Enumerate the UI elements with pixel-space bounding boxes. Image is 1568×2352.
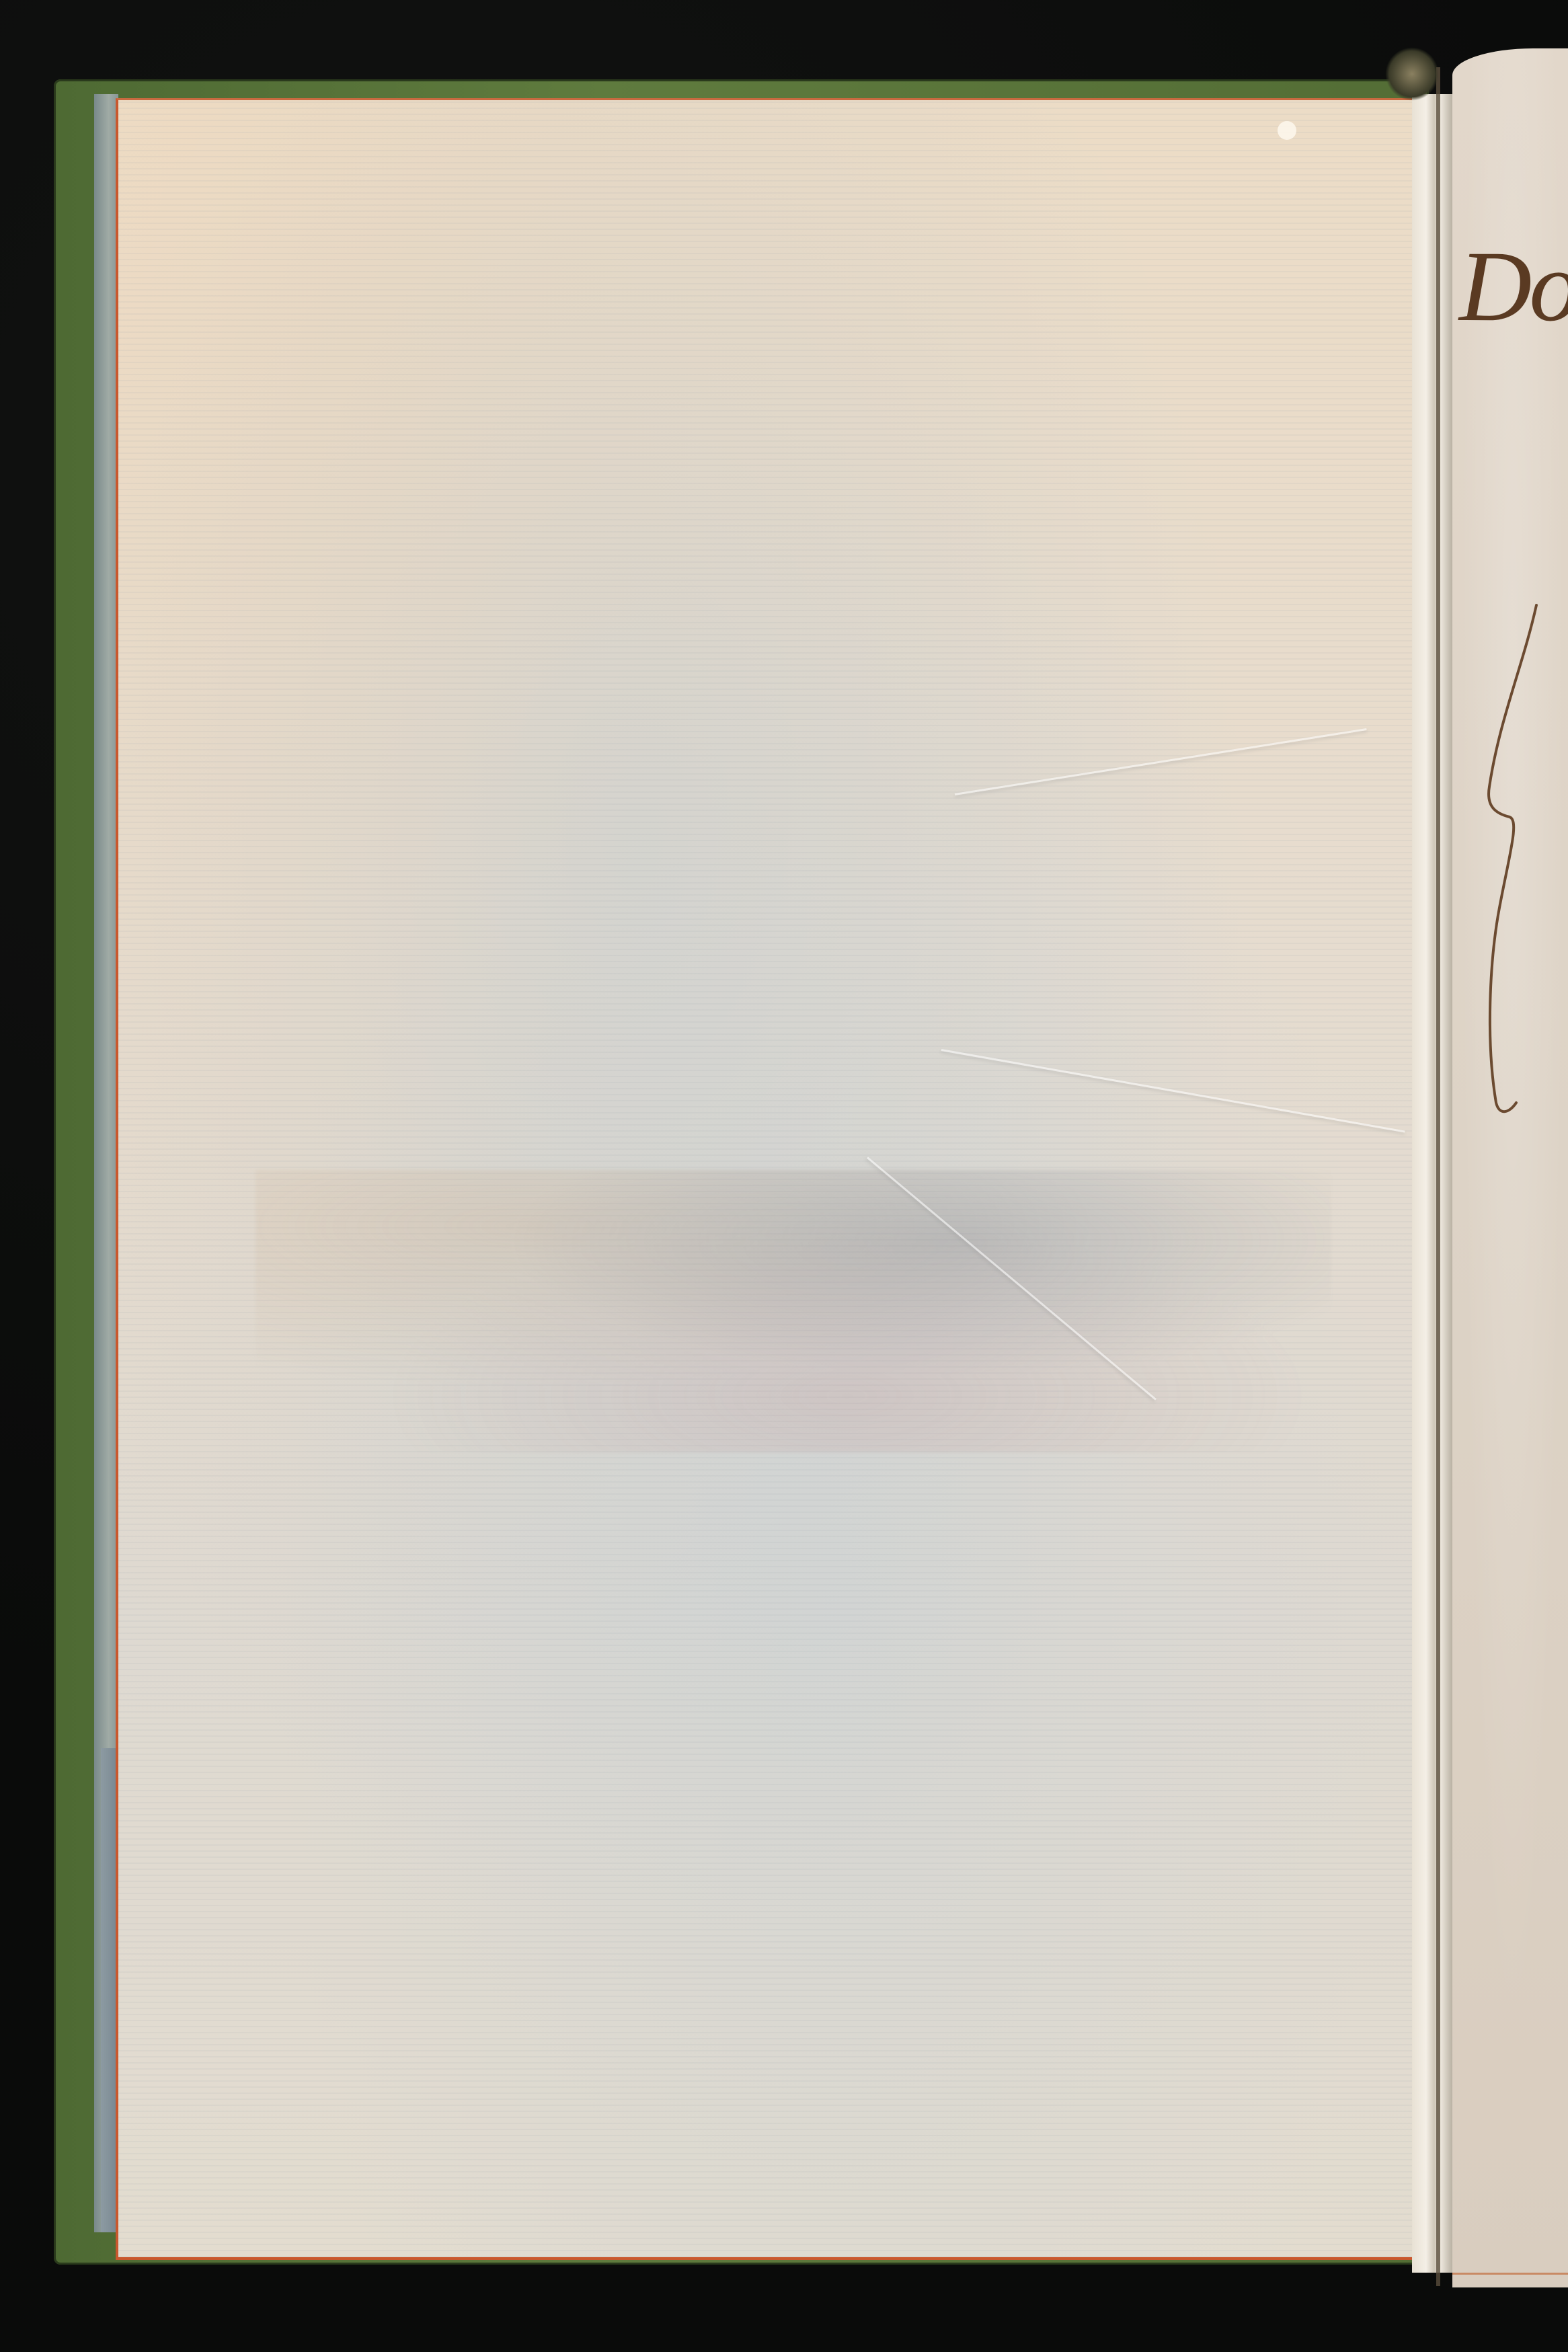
hinge-line — [1436, 67, 1440, 2286]
frayed-headcap — [1385, 47, 1439, 101]
offset-stain — [256, 1170, 1331, 1452]
paper-blemish — [1278, 121, 1296, 140]
facing-page — [1452, 48, 1568, 2287]
handwritten-brace-icon — [1469, 585, 1550, 1136]
handwritten-text: Dom — [1459, 229, 1568, 344]
facing-page-bottom-edge — [1452, 2246, 1568, 2275]
book-gutter — [1412, 94, 1452, 2273]
